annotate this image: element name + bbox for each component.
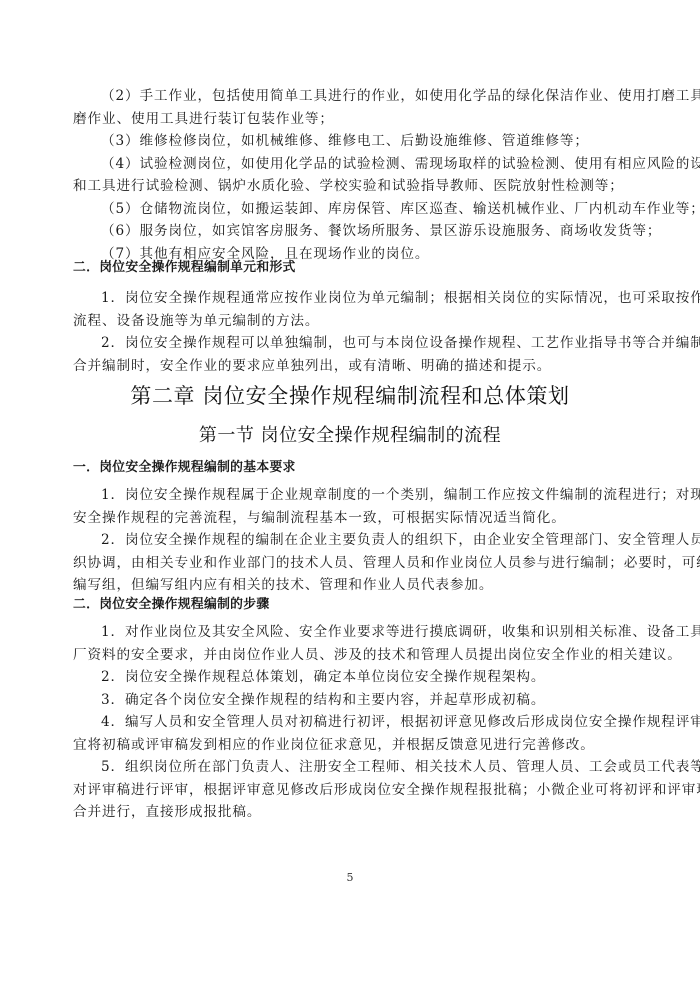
subsection-two-paragraphs: 1．对作业岗位及其安全风险、安全作业要求等进行摸底调研，收集和识别相关标准、设备… [73,621,625,824]
document-page: （2）手工作业，包括使用简单工具进行的作业，如使用化学品的绿化保洁作业、使用打磨… [0,0,700,990]
paragraph-line: 2．岗位安全操作规程总体策划，确定本单位岗位安全操作规程架构。 [73,666,625,689]
paragraph-line: 合并编制时，安全作业的要求应单独列出，或有清晰、明确的描述和提示。 [73,355,625,378]
paragraph-line: 1．岗位安全操作规程属于企业规章制度的一个类别，编制工作应按文件编制的流程进行；… [73,484,625,507]
chapter-title: 第二章 岗位安全操作规程编制流程和总体策划 [0,382,700,410]
paragraph-line: 编写组，但编写组内应有相关的技术、管理和作业人员代表参加。 [73,574,625,597]
subsection-heading-basic-requirements: 一．岗位安全操作规程编制的基本要求 [73,458,296,478]
paragraph-line: 2．岗位安全操作规程可以单独编制，也可与本岗位设备操作规程、工艺作业指导书等合并… [73,332,625,355]
section-two-paragraphs: 1．岗位安全操作规程通常应按作业岗位为单元编制；根据相关岗位的实际情况，也可采取… [73,287,625,377]
paragraph-line: 1．岗位安全操作规程通常应按作业岗位为单元编制；根据相关岗位的实际情况，也可采取… [73,287,625,310]
paragraph-line: 厂资料的安全要求，并由岗位作业人员、涉及的技术和管理人员提出岗位安全作业的相关建… [73,644,625,667]
paragraph-line: 织协调，由相关专业和作业部门的技术人员、管理人员和作业岗位人员参与进行编制；必要… [73,552,625,575]
paragraph-line: 安全操作规程的完善流程，与编制流程基本一致，可根据实际情况适当简化。 [73,507,625,530]
paragraph-line: 对评审稿进行评审，根据评审意见修改后形成岗位安全操作规程报批稿；小微企业可将初评… [73,779,625,802]
page-number: 5 [0,870,700,886]
section-title: 第一节 岗位安全操作规程编制的流程 [0,423,700,449]
paragraph-line: 宜将初稿或评审稿发到相应的作业岗位征求意见，并根据反馈意见进行完善修改。 [73,734,625,757]
paragraph-line: 1．对作业岗位及其安全风险、安全作业要求等进行摸底调研，收集和识别相关标准、设备… [73,621,625,644]
subsection-one-paragraphs: 1．岗位安全操作规程属于企业规章制度的一个类别，编制工作应按文件编制的流程进行；… [73,484,625,597]
paragraph-line: 流程、设备设施等为单元编制的方法。 [73,310,625,333]
paragraph-line: 4．编写人员和安全管理人员对初稿进行初评，根据初评意见修改后形成岗位安全操作规程… [73,711,625,734]
paragraph-line: 3．确定各个岗位安全操作规程的结构和主要内容，并起草形成初稿。 [73,689,625,712]
paragraph-line: 合并进行，直接形成报批稿。 [73,801,625,824]
list-item-4-line-2: 和工具进行试验检测、锅炉水质化验、学校实验和试验指导教师、医院放射性检测等； [73,175,625,198]
subsection-heading-steps: 二．岗位安全操作规程编制的步骤 [73,595,269,615]
list-item-2-line-2: 磨作业、使用工具进行装订包装作业等； [73,108,625,131]
list-item-5: （5）仓储物流岗位，如搬运装卸、库房保管、库区巡查、输送机械作业、厂内机动车作业… [73,198,625,221]
section-heading-compile-unit: 二．岗位安全操作规程编制单元和形式 [73,258,296,278]
list-item-4-line-1: （4）试验检测岗位，如使用化学品的试验检测、需现场取样的试验检测、使用有相应风险… [73,153,625,176]
list-item-3: （3）维修检修岗位，如机械维修、维修电工、后勤设施维修、管道维修等； [73,130,625,153]
list-item-6: （6）服务岗位，如宾馆客房服务、餐饮场所服务、景区游乐设施服务、商场收发货等； [73,220,625,243]
paragraph-line: 5．组织岗位所在部门负责人、注册安全工程师、相关技术人员、管理人员、工会或员工代… [73,756,625,779]
list-items-block: （2）手工作业，包括使用简单工具进行的作业，如使用化学品的绿化保洁作业、使用打磨… [73,85,625,265]
paragraph-line: 2．岗位安全操作规程的编制在企业主要负责人的组织下，由企业安全管理部门、安全管理… [73,529,625,552]
list-item-2-line-1: （2）手工作业，包括使用简单工具进行的作业，如使用化学品的绿化保洁作业、使用打磨… [73,85,625,108]
